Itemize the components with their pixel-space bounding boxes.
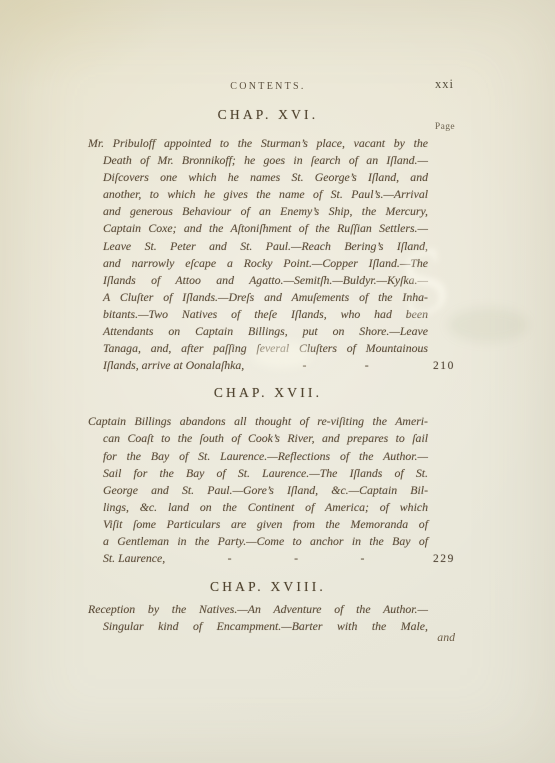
summary-line: and generous Behaviour of an Enemy’s Shi… — [88, 203, 428, 220]
contents-list: CHAP. XVI.Mr. Pribuloff appointed to the… — [88, 0, 455, 635]
summary-last-line: St. Laurence,---229 — [88, 550, 455, 568]
dash-leaders: -- — [244, 357, 427, 374]
chapter-heading: CHAP. XVIII. — [88, 579, 448, 595]
summary-line: can Coaſt to the ſouth of Cook’s River, … — [88, 430, 428, 447]
chapter-heading: CHAP. XVII. — [88, 385, 448, 401]
summary-line: Sail for the Bay of St. Laurence.—The Iſ… — [88, 465, 428, 482]
leader-dash: - — [361, 550, 365, 567]
summary-line: A Cluſter of Iſlands.—Dreſs and Amuſemen… — [88, 289, 428, 306]
summary-line: Mr. Pribuloff appointed to the Sturman’s… — [88, 135, 428, 152]
chapter-section: CHAP. XVIII.Reception by the Natives.—An… — [88, 579, 455, 635]
chapter-section: CHAP. XVI.Mr. Pribuloff appointed to the… — [88, 107, 455, 375]
summary-line: lings, &c. land on the Continent of Amer… — [88, 499, 428, 516]
summary-line: Reception by the Natives.—An Adventure o… — [88, 601, 428, 618]
summary-line: Leave St. Peter and St. Paul.—Reach Beri… — [88, 238, 428, 255]
summary-last-line: Iſlands, arrive at Oonalaſhka,--210 — [88, 357, 455, 375]
summary-line: Attendants on Captain Billings, put on S… — [88, 323, 428, 340]
summary-line: for the Bay of St. Laurence.—Reflections… — [88, 448, 428, 465]
summary-line-text: Iſlands, arrive at Oonalaſhka, — [103, 357, 244, 374]
page-number: 210 — [427, 358, 455, 375]
summary-line: Captain Coxe; and the Aſtoniſhment of th… — [88, 220, 428, 237]
leader-dash: - — [303, 357, 307, 374]
show-through-mark — [448, 308, 528, 342]
chapter-heading: CHAP. XVI. — [88, 107, 448, 123]
summary-line: Singular kind of Encampment.—Barter with… — [88, 618, 428, 635]
leader-dash: - — [365, 357, 369, 374]
summary-line: a Gentleman in the Party.—Come to anchor… — [88, 533, 428, 550]
page-number: 229 — [427, 551, 455, 568]
leader-dash: - — [294, 550, 298, 567]
summary-line: and narrowly eſcape a Rocky Point.—Coppe… — [88, 255, 428, 272]
summary-line: bitants.—Two Natives of theſe Iſlands, w… — [88, 306, 428, 323]
summary-line: George and St. Paul.—Gore’s Iſland, &c.—… — [88, 482, 428, 499]
summary-line-text: St. Laurence, — [103, 550, 165, 567]
summary-line: Iſlands of Attoo and Agatto.—Semitſh.—Bu… — [88, 272, 428, 289]
summary-line: another, to which he gives the name of S… — [88, 186, 428, 203]
chapter-section: CHAP. XVII.Captain Billings abandons all… — [88, 385, 455, 568]
summary-line: Diſcovers one which he names St. George’… — [88, 169, 428, 186]
scanned-book-page: CONTENTS. xxi Page CHAP. XVI.Mr. Pribulo… — [0, 0, 555, 763]
dash-leaders: --- — [165, 550, 427, 567]
summary-line: Tanaga, and, after paſſing ſeveral Cluſt… — [88, 340, 428, 357]
catchword: and — [437, 630, 455, 645]
leader-dash: - — [228, 550, 232, 567]
summary-line: Viſit ſome Particulars are given from th… — [88, 516, 428, 533]
summary-line: Captain Billings abandons all thought of… — [88, 413, 428, 430]
summary-line: Death of Mr. Bronnikoff; he goes in ſear… — [88, 152, 428, 169]
